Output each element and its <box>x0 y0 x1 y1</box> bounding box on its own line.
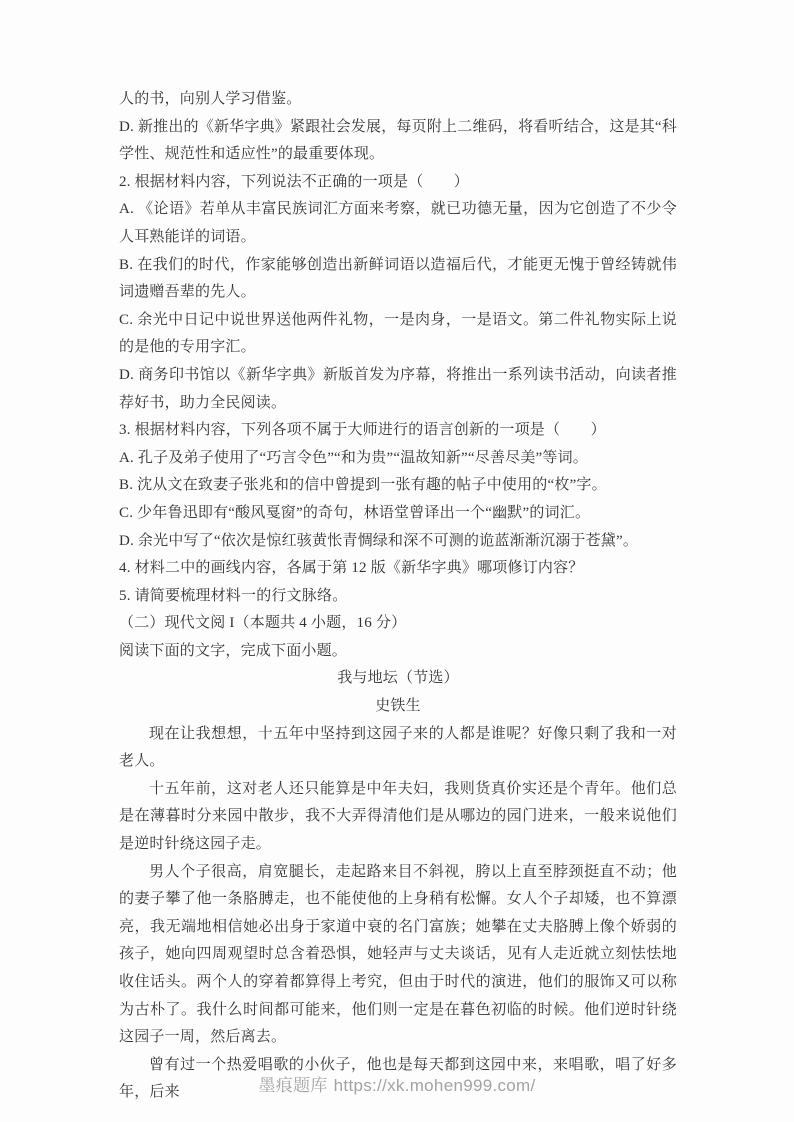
watermark-site-name: 墨痕题库 <box>258 1076 327 1095</box>
q3-option-c: C. 少年鲁迅即有“酸风戛窗”的奇句，林语堂曾译出一个“幽默”的词汇。 <box>119 500 677 528</box>
exam-content: 人的书，向别人学习借鉴。 D. 新推出的《新华字典》紧跟社会发展，每页附上二维码… <box>119 86 677 1107</box>
passage-para-3: 男人个子很高，肩宽腿长，走起路来目不斜视，胯以上直至脖颈挺直不动；他的妻子攀了他… <box>119 859 677 1052</box>
question-3-stem: 3. 根据材料内容，下列各项不属于大师进行的语言创新的一项是（ ） <box>119 417 677 445</box>
q3-option-b: B. 沈从文在致妻子张兆和的信中曾提到一张有趣的帖子中使用的“枚”字。 <box>119 472 677 500</box>
section-2-header: （二）现代文阅 I（本题共 4 小题，16 分） <box>119 610 677 638</box>
q1-option-d: D. 新推出的《新华字典》紧跟社会发展，每页附上二维码，将看听结合，这是其“科学… <box>119 114 677 169</box>
question-5: 5. 请简要梳理材料一的行文脉络。 <box>119 583 677 611</box>
q2-option-c: C. 余光中日记中说世界送他两件礼物，一是肉身，一是语文。第二件礼物实际上说的是… <box>119 307 677 362</box>
q2-option-a: A. 《论语》若单从丰富民族词汇方面来考察，就已功德无量，因为它创造了不少令人耳… <box>119 196 677 251</box>
passage-para-2: 十五年前，这对老人还只能算是中年夫妇，我则货真价实还是个青年。他们总是在薄暮时分… <box>119 776 677 859</box>
question-2-stem: 2. 根据材料内容，下列说法不正确的一项是（ ） <box>119 169 677 197</box>
watermark-url: https://xk.mohen999.com/ <box>334 1076 536 1095</box>
question-4: 4. 材料二中的画线内容，各属于第 12 版《新华字典》哪项修订内容？ <box>119 555 677 583</box>
watermark-footer: 墨痕题库https://xk.mohen999.com/ <box>0 1071 794 1096</box>
q3-option-a: A. 孔子及弟子使用了“巧言令色”“和为贵”“温故知新”“尽善尽美”等词。 <box>119 445 677 473</box>
passage-title: 我与地坛（节选） <box>119 665 677 693</box>
q2-option-d: D. 商务印书馆以《新华字典》新版首发为序幕，将推出一系列读书活动，向读者推荐好… <box>119 362 677 417</box>
passage-para-1: 现在让我想想，十五年中坚持到这园子来的人都是谁呢？好像只剩了我和一对老人。 <box>119 721 677 776</box>
passage-author: 史铁生 <box>119 693 677 721</box>
continuation-text: 人的书，向别人学习借鉴。 <box>119 86 677 114</box>
q3-option-d: D. 余光中写了“依次是惊红骇黄怅青惆绿和深不可测的诡蓝渐渐沉溺于苍黛”。 <box>119 528 677 556</box>
q2-option-b: B. 在我们的时代，作家能够创造出新鲜词语以造福后代，才能更无愧于曾经铸就伟词遗… <box>119 252 677 307</box>
reading-instruction: 阅读下面的文字，完成下面小题。 <box>119 638 677 666</box>
exam-paper-page: 人的书，向别人学习借鉴。 D. 新推出的《新华字典》紧跟社会发展，每页附上二维码… <box>0 0 794 1122</box>
